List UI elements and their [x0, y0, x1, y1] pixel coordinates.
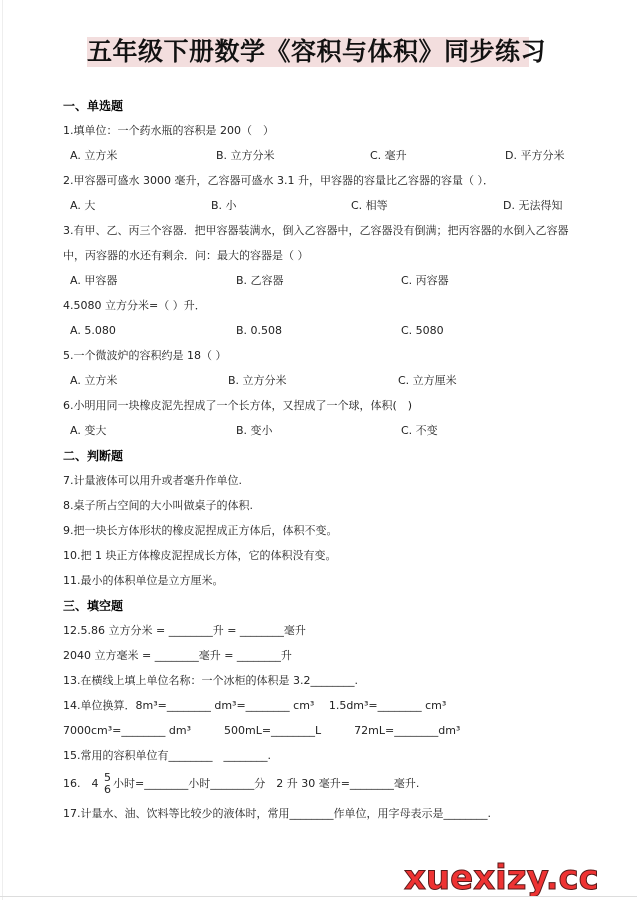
question-10: 10.把 1 块正方体橡皮泥捏成长方体，它的体积没有变。 — [63, 549, 336, 563]
site-watermark: xuexizy.cc — [404, 860, 599, 896]
question-17: 17.计量水、油、饮料等比较少的液体时，常用________作单位，用字母表示是… — [63, 807, 491, 821]
fraction-denominator: 6 — [104, 784, 111, 796]
question-9: 9.把一块长方体形状的橡皮泥捏成正方体后，体积不变。 — [63, 524, 338, 538]
q6-option-b: B. 变小 — [236, 424, 273, 438]
q2-option-d: D. 无法得知 — [503, 199, 562, 213]
question-3: 3.有甲、乙、丙三个容器．把甲容器装满水，倒入乙容器中，乙容器没有倒满；把丙容器… — [63, 224, 569, 238]
q4-option-a: A. 5.080 — [70, 324, 116, 338]
question-11: 11.最小的体积单位是立方厘米。 — [63, 574, 224, 588]
question-2: 2.甲容器可盛水 3000 毫升，乙容器可盛水 3.1 升，甲容器的容量比乙容器… — [63, 174, 494, 188]
q2-option-a: A. 大 — [70, 199, 95, 213]
question-12: 12.5.86 立方分米 = ________升 = ________毫升 — [63, 624, 306, 638]
q5-option-b: B. 立方分米 — [228, 374, 287, 388]
q4-option-b: B. 0.508 — [236, 324, 282, 338]
page-title: 五年级下册数学《容积与体积》同步练习 — [87, 37, 529, 67]
q16-suffix: 小时=________小时________分 2 升 30 毫升=_______… — [113, 777, 419, 790]
q5-option-a: A. 立方米 — [70, 374, 117, 388]
worksheet-page: 五年级下册数学《容积与体积》同步练习 一、单选题 1.填单位：一个药水瓶的容积是… — [0, 0, 637, 900]
q6-option-a: A. 变大 — [70, 424, 106, 438]
question-1: 1.填单位：一个药水瓶的容积是 200（ ） — [63, 124, 274, 138]
question-4: 4.5080 立方分米=（ ）升． — [63, 299, 206, 313]
question-3-cont: 中，丙容器的水还有剩余．问：最大的容器是（ ） — [63, 249, 309, 263]
question-16: 16. 4 5 6 小时=________小时________分 2 升 30 … — [63, 770, 419, 798]
q2-option-c: C. 相等 — [351, 199, 388, 213]
question-12-part2: 2040 立方毫米 = ________毫升 = ________升 — [63, 649, 292, 663]
q16-prefix: 16. 4 — [63, 777, 99, 790]
question-13: 13.在横线上填上单位名称：一个冰柜的体积是 3.2________. — [63, 674, 358, 688]
section-heading-single-choice: 一、单选题 — [63, 99, 123, 113]
question-14: 14.单位换算．8m³=________ dm³=________ cm³ 1.… — [63, 699, 446, 713]
q3-option-a: A. 甲容器 — [70, 274, 117, 288]
q5-option-c: C. 立方厘米 — [398, 374, 457, 388]
q1-option-a: A. 立方米 — [70, 149, 117, 163]
question-5: 5.一个微波炉的容积约是 18（ ） — [63, 349, 227, 363]
q3-option-b: B. 乙容器 — [236, 274, 284, 288]
q6-option-c: C. 不变 — [401, 424, 438, 438]
q1-option-b: B. 立方分米 — [216, 149, 275, 163]
section-heading-true-false: 二、判断题 — [63, 449, 123, 463]
question-14-part2: 7000cm³=________ dm³ 500mL=________L 72m… — [63, 724, 460, 738]
page-edge — [2, 0, 3, 900]
fraction-five-sixths: 5 6 — [104, 772, 111, 796]
question-6: 6.小明用同一块橡皮泥先捏成了一个长方体，又捏成了一个球，体积( ) — [63, 399, 412, 413]
question-15: 15.常用的容积单位有________ ________. — [63, 749, 271, 763]
page-bottom-edge — [0, 896, 637, 897]
q2-option-b: B. 小 — [211, 199, 237, 213]
q1-option-c: C. 毫升 — [370, 149, 407, 163]
question-7: 7.计量液体可以用升或者毫升作单位. — [63, 474, 242, 488]
q4-option-c: C. 5080 — [401, 324, 444, 338]
section-heading-fill-blank: 三、填空题 — [63, 599, 123, 613]
q3-option-c: C. 丙容器 — [401, 274, 449, 288]
q1-option-d: D. 平方分米 — [505, 149, 564, 163]
question-8: 8.桌子所占空间的大小叫做桌子的体积. — [63, 499, 253, 513]
